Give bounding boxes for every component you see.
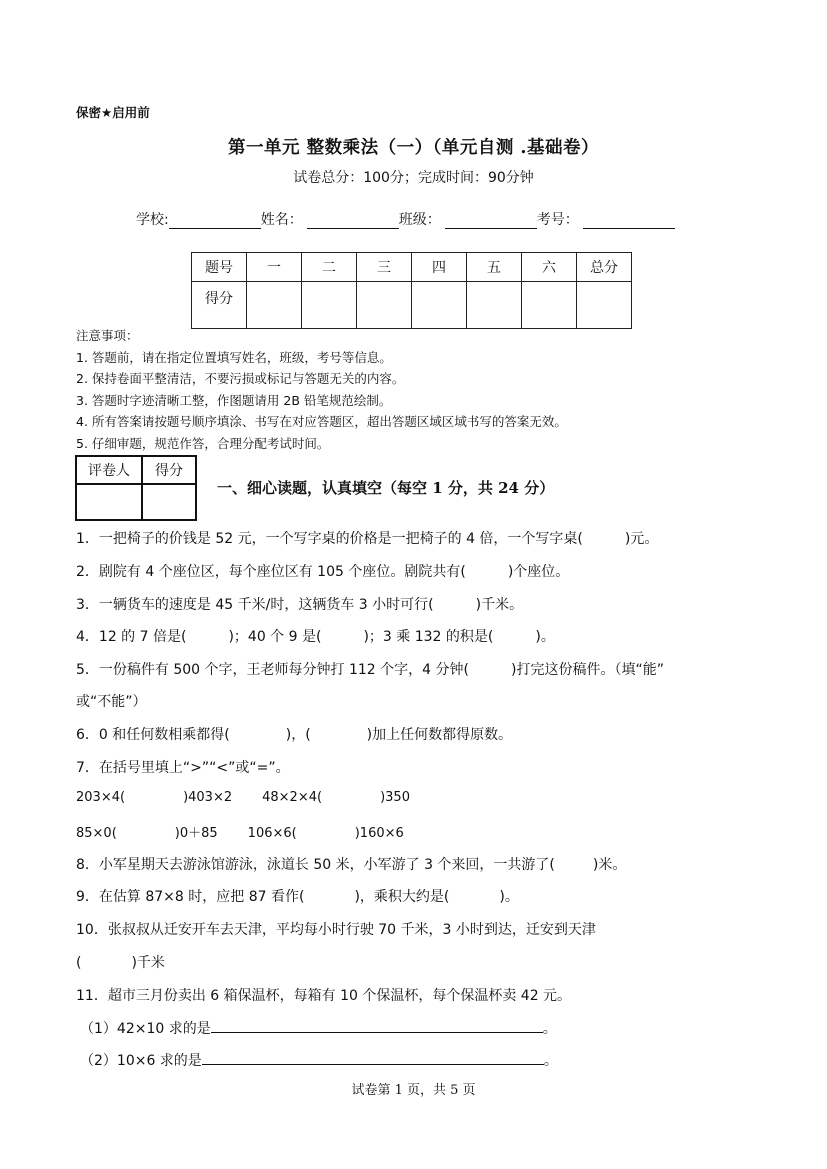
- name-field[interactable]: [307, 212, 399, 229]
- question-text: 9．在估算 87×8 时，应把 87 看作(: [76, 889, 304, 905]
- student-info-row: 学校: 姓名： 班级： 考号：: [136, 209, 675, 229]
- question-8: 8．小军星期天去游泳馆游泳，泳道长 50 米，小军游了 3 个来回，一共游了()…: [76, 854, 626, 874]
- exam-subtitle: 试卷总分：100分；完成时间：90分钟: [0, 167, 827, 187]
- school-field[interactable]: [169, 212, 261, 229]
- expression: 48×2×4(: [262, 790, 322, 805]
- score-table-header: 二: [302, 253, 357, 282]
- question-3: 3．一辆货车的速度是 45 千米/时，这辆货车 3 小时可行()千米。: [76, 594, 523, 614]
- confidential-label: 保密★启用前: [76, 103, 150, 121]
- question-text: (: [76, 955, 81, 971]
- exam-number-field[interactable]: [583, 212, 675, 229]
- question-text: （2）10×6 求的是: [80, 1053, 202, 1069]
- grader-score-cell[interactable]: [142, 484, 196, 520]
- question-text: 8．小军星期天去游泳馆游泳，泳道长 50 米，小军游了 3 个来回，一共游了(: [76, 857, 555, 873]
- score-table-header: 三: [357, 253, 412, 282]
- section-heading: 一、细心读题，认真填空（每空 1 分，共 24 分）: [217, 477, 554, 498]
- question-text: （1）42×10 求的是: [80, 1021, 211, 1037]
- grader-score-label: 得分: [142, 456, 196, 484]
- class-label: 班级：: [399, 209, 441, 229]
- expression: 106×6(: [248, 826, 297, 841]
- answer-line[interactable]: [202, 1049, 544, 1065]
- question-text: )个座位。: [508, 564, 569, 580]
- expression: )0＋85: [175, 826, 218, 841]
- expression: )403×2: [183, 790, 232, 805]
- question-4: 4．12 的 7 倍是()；40 个 9 是()；3 乘 132 的积是()。: [76, 626, 555, 646]
- question-11-part-1: （1）42×10 求的是。: [80, 1017, 557, 1038]
- exam-number-label: 考号：: [537, 209, 579, 229]
- question-text: )；40 个 9 是(: [228, 629, 321, 645]
- question-text: 1．一把椅子的价钱是 52 元，一个写字桌的价格是一把椅子的 4 倍，一个写字桌…: [76, 531, 583, 547]
- score-table-header-row: 题号 一 二 三 四 五 六 总分: [192, 253, 632, 282]
- question-text: )加上任何数都得原数。: [367, 727, 512, 743]
- question-text: )。: [535, 629, 554, 645]
- notes-item: 5. 仔细审题，规范作答，合理分配考试时间。: [76, 433, 776, 455]
- name-label: 姓名：: [261, 209, 303, 229]
- question-text: 3．一辆货车的速度是 45 千米/时，这辆货车 3 小时可行(: [76, 597, 434, 613]
- score-cell[interactable]: [412, 282, 467, 329]
- question-text: )元。: [625, 531, 658, 547]
- question-9: 9．在估算 87×8 时，应把 87 看作()，乘积大约是()。: [76, 886, 519, 906]
- question-text: 5．一份稿件有 500 个字，王老师每分钟打 112 个字，4 分钟(: [76, 662, 469, 678]
- score-table: 题号 一 二 三 四 五 六 总分 得分: [191, 252, 632, 329]
- score-table-header: 总分: [577, 253, 632, 282]
- question-11-stem: 11．超市三月份卖出 6 箱保温杯，每箱有 10 个保温杯，每个保温杯卖 42 …: [76, 985, 571, 1005]
- score-cell[interactable]: [522, 282, 577, 329]
- question-text: )，(: [286, 727, 311, 743]
- question-text: 2．剧院有 4 个座位区，每个座位区有 105 个座位。剧院共有(: [76, 564, 466, 580]
- question-2: 2．剧院有 4 个座位区，每个座位区有 105 个座位。剧院共有()个座位。: [76, 561, 569, 581]
- question-text: )千米。: [476, 597, 523, 613]
- grader-label: 评卷人: [76, 456, 142, 484]
- score-table-header: 题号: [192, 253, 247, 282]
- question-text: )打完这份稿件。（填“能”: [511, 662, 664, 678]
- score-table-header: 四: [412, 253, 467, 282]
- expression: 203×4(: [76, 790, 125, 805]
- page-footer: 试卷第 1 页，共 5 页: [0, 1079, 827, 1098]
- question-5-continued: 或“不能”）: [76, 691, 147, 711]
- expression: )350: [380, 790, 410, 805]
- answer-line[interactable]: [211, 1017, 543, 1033]
- score-table-header: 六: [522, 253, 577, 282]
- score-cell[interactable]: [302, 282, 357, 329]
- notes-item: 1. 答题前，请在指定位置填写姓名，班级，考号等信息。: [76, 347, 776, 369]
- expression: )160×6: [355, 826, 404, 841]
- question-text: )米。: [593, 857, 626, 873]
- question-11-part-2: （2）10×6 求的是。: [80, 1049, 558, 1070]
- notes-item: 4. 所有答案请按题号顺序填涂、书写在对应答题区，超出答题区域区域书写的答案无效…: [76, 411, 776, 433]
- exam-title: 第一单元 整数乘法（一）（单元自测 .基础卷）: [0, 134, 827, 159]
- expression: 85×0(: [76, 826, 117, 841]
- score-table-header: 五: [467, 253, 522, 282]
- notes-item: 3. 答题时字迹清晰工整，作图题请用 2B 铅笔规范绘制。: [76, 390, 776, 412]
- notes-item: 2. 保持卷面平整清洁，不要污损或标记与答题无关的内容。: [76, 368, 776, 390]
- question-text: 4．12 的 7 倍是(: [76, 629, 186, 645]
- class-field[interactable]: [445, 212, 537, 229]
- question-text: )。: [499, 889, 518, 905]
- score-cell[interactable]: [577, 282, 632, 329]
- score-row-label: 得分: [192, 282, 247, 329]
- question-5: 5．一份稿件有 500 个字，王老师每分钟打 112 个字，4 分钟()打完这份…: [76, 659, 664, 679]
- score-table-header: 一: [247, 253, 302, 282]
- score-table-score-row: 得分: [192, 282, 632, 329]
- exam-notes: 注意事项： 1. 答题前，请在指定位置填写姓名，班级，考号等信息。 2. 保持卷…: [76, 325, 776, 454]
- question-text: 6．0 和任何数相乘都得(: [76, 727, 230, 743]
- grader-box: 评卷人 得分: [75, 455, 197, 521]
- question-1: 1．一把椅子的价钱是 52 元，一个写字桌的价格是一把椅子的 4 倍，一个写字桌…: [76, 528, 658, 548]
- school-label: 学校:: [136, 209, 169, 229]
- question-10: 10．张叔叔从迁安开车去天津，平均每小时行驶 70 千米，3 小时到达，迁安到天…: [76, 919, 596, 939]
- question-7-stem: 7．在括号里填上“>”“<”或“=”。: [76, 757, 290, 777]
- question-7-row-2: 85×0()0＋85106×6()160×6: [76, 822, 404, 841]
- grader-name-cell[interactable]: [76, 484, 142, 520]
- score-cell[interactable]: [357, 282, 412, 329]
- notes-title: 注意事项：: [76, 325, 776, 347]
- score-cell[interactable]: [247, 282, 302, 329]
- question-text: )，乘积大约是(: [354, 889, 449, 905]
- question-7-row-1: 203×4()403×248×2×4()350: [76, 790, 410, 805]
- question-text: 。: [544, 1053, 558, 1069]
- question-text: 。: [543, 1021, 557, 1037]
- score-cell[interactable]: [467, 282, 522, 329]
- question-text: )；3 乘 132 的积是(: [363, 629, 493, 645]
- question-text: )千米: [131, 955, 164, 971]
- question-10-continued: ()千米: [76, 952, 165, 972]
- question-6: 6．0 和任何数相乘都得()，()加上任何数都得原数。: [76, 724, 512, 744]
